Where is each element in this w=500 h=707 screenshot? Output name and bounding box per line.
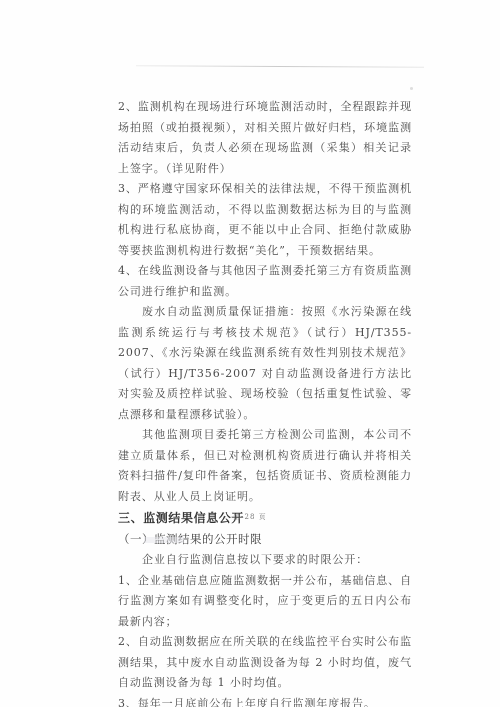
wastewater-qa-paragraph: 废水自动监测质量保证措施：按照《水污染源在线监测系统运行与考核技术规范》（试行）… — [118, 302, 412, 425]
header-rule — [136, 65, 424, 68]
page-number: 第 28 页 — [0, 512, 500, 522]
page-content: 2、监测机构在现场进行环境监测活动时，全程跟踪并现场拍照（或拍摄视频），对相关照… — [118, 97, 412, 707]
disclosure-item-2: 2、自动监测数据应在所关联的在线监控平台实时公布监测结果，其中废水自动监测设备为… — [118, 632, 412, 694]
document-page: 2、监测机构在现场进行环境监测活动时，全程跟踪并现场拍照（或拍摄视频），对相关照… — [0, 0, 500, 707]
list-item-4: 4、在线监测设备与其他因子监测委托第三方有资质监测公司进行维护和监测。 — [118, 261, 412, 302]
list-item-3: 3、严格遵守国家环保相关的法律法规，不得干预监测机构的环境监测活动，不得以监测数… — [118, 179, 412, 261]
disclosure-item-1: 1、企业基础信息应随监测数据一并公布，基础信息、自行监测方案如有调整变化时，应于… — [118, 571, 412, 633]
list-item-2: 2、监测机构在现场进行环境监测活动时，全程跟踪并现场拍照（或拍摄视频），对相关照… — [118, 97, 412, 179]
other-monitoring-paragraph: 其他监测项目委托第三方检测公司监测，本公司不建立质量体系，但已对检测机构资质进行… — [118, 425, 412, 507]
disclosure-item-3: 3、每年一月底前公布上年度自行监测年度报告。 — [118, 694, 412, 707]
disclosure-intro: 企业自行监测信息按以下要求的时限公开： — [118, 550, 412, 571]
scan-mark — [144, 537, 184, 543]
scan-speck — [410, 87, 413, 90]
